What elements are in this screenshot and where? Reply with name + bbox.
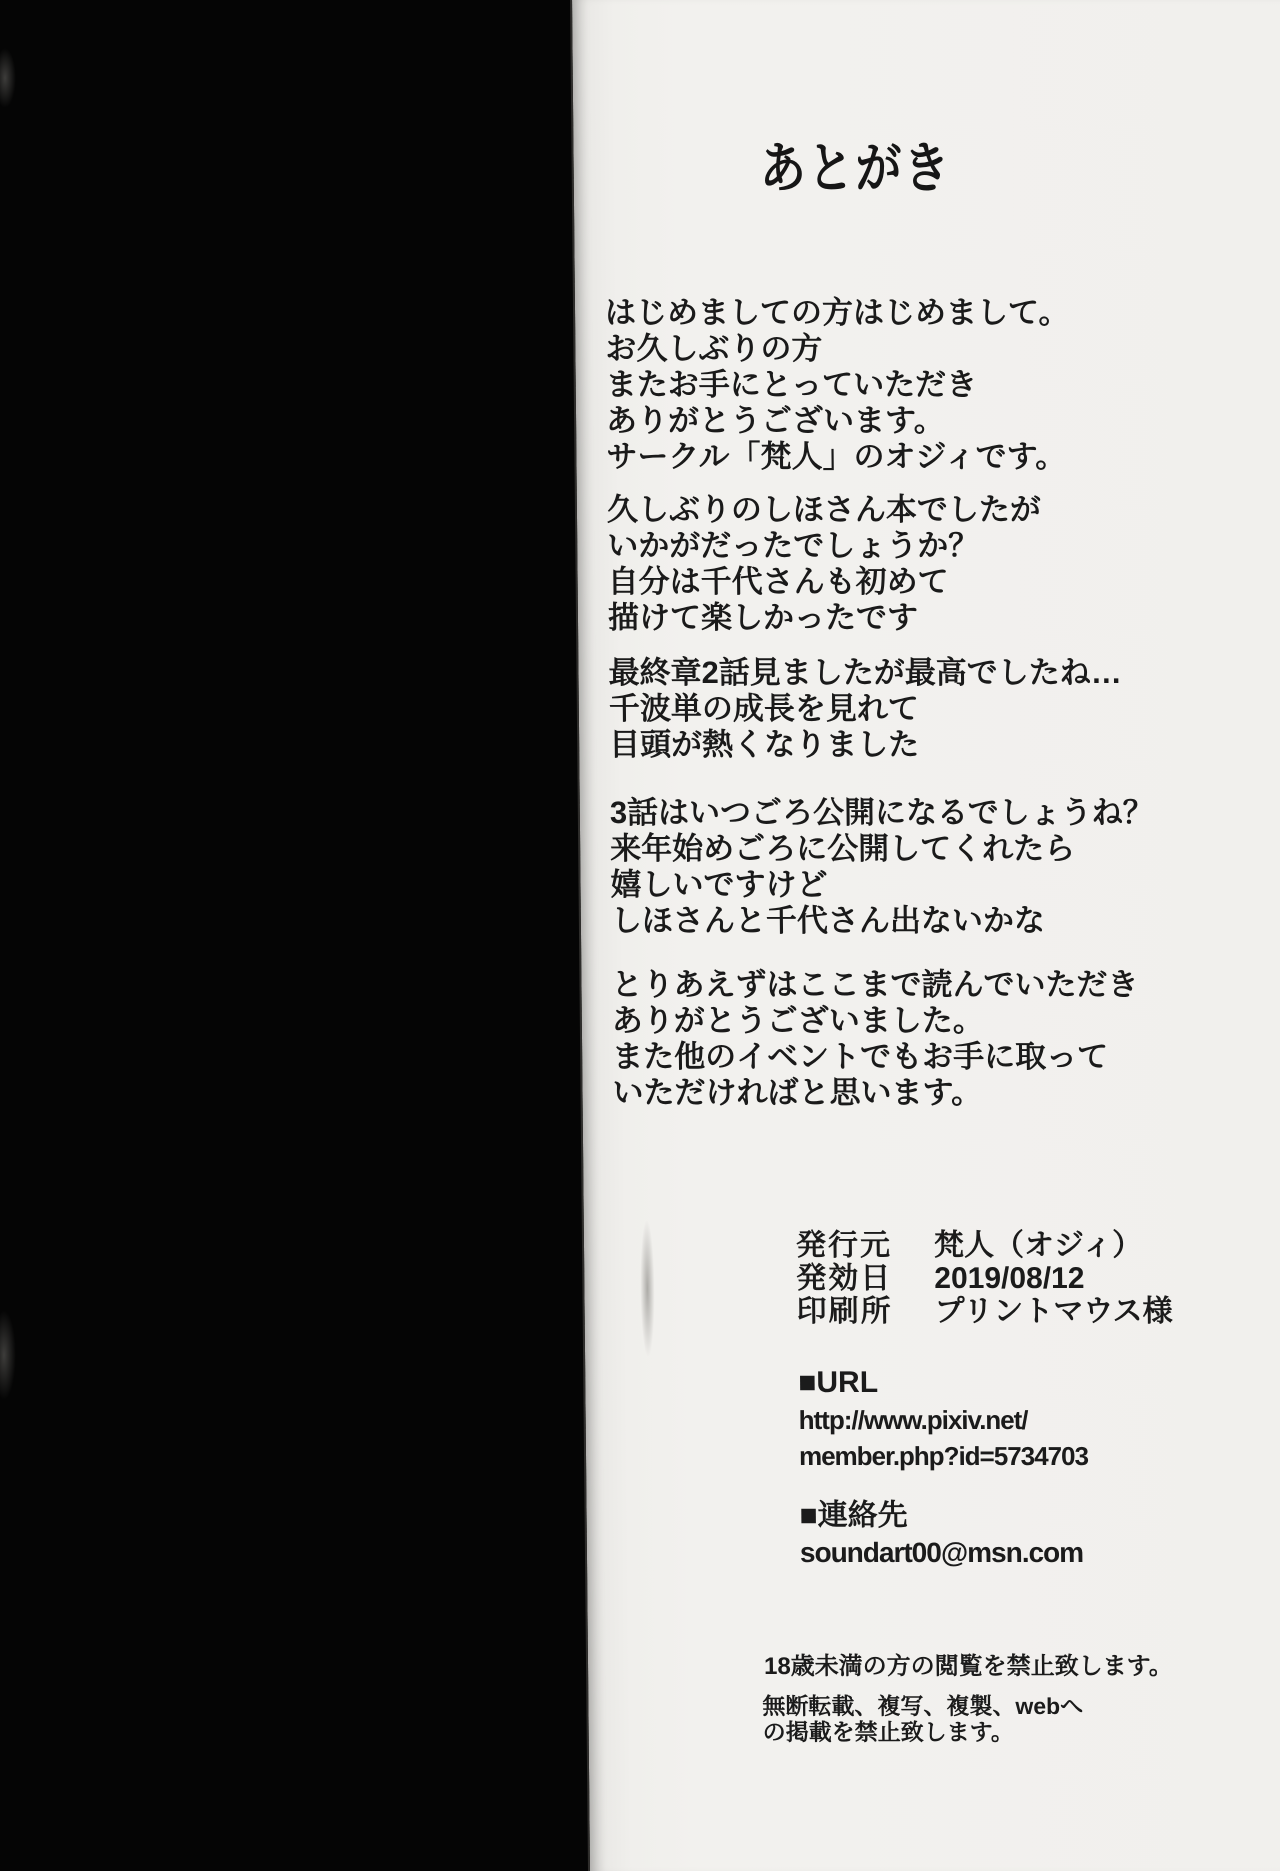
no-reprint-notice: 無断転載、複写、複製、webへ の掲載を禁止致します。 [762,1693,1083,1745]
colophon-row: 印刷所 プリントマウス様 [796,1295,1172,1328]
text-line: いただければと思います。 [612,1075,1139,1111]
colophon-label: 発行元 [796,1229,934,1262]
scanned-afterword-page: あとがき はじめましての方はじめまして。 お久しぶりの方 またお手にとっていただ… [0,0,1280,1871]
text-line: 久しぶりのしほさん本でしたが [607,492,1041,528]
text-line: はじめましての方はじめまして。 [605,295,1070,331]
text-line: の掲載を禁止致します。 [763,1719,1084,1745]
url-line: member.php?id=5734703 [799,1438,1088,1474]
afterword-paragraph-4: 3話はいつごろ公開になるでしょうね？ 来年始めごろに公開してくれたら 嬉しいです… [610,795,1155,939]
text-line: 3話はいつごろ公開になるでしょうね？ [610,795,1154,831]
age-restriction-notice: 18歳未満の方の閲覧を禁止致します。 [764,1646,1173,1681]
colophon: 発行元 梵人（オジィ） 発効日 2019/08/12 印刷所 プリントマウス様 [796,1229,1173,1328]
colophon-value: 梵人（オジィ） [934,1229,1143,1262]
text-line: 無断転載、複写、複製、webへ [762,1693,1083,1719]
url-line: http://www.pixiv.net/ [798,1402,1087,1438]
colophon-label: 印刷所 [796,1295,934,1328]
scan-streak [0,48,16,108]
text-line: ありがとうございました。 [612,1003,1139,1039]
text-line: 最終章2話見ましたが最高でしたね… [608,655,1122,691]
colophon-row: 発行元 梵人（オジィ） [796,1229,1172,1262]
colophon-row: 発効日 2019/08/12 [796,1262,1172,1295]
text-line: 目頭が熱くなりました [609,727,1123,763]
text-line: とりあえずはここまで読んでいただき [611,967,1138,1003]
url-heading: ■URL [798,1364,1087,1402]
colophon-value: プリントマウス様 [934,1295,1172,1328]
afterword-paragraph-3: 最終章2話見ましたが最高でしたね… 千波単の成長を見れて 目頭が熱くなりました [608,655,1122,763]
text-line: お久しぶりの方 [605,331,1070,367]
text-line: また他のイベントでもお手に取って [612,1039,1139,1075]
text-line: 自分は千代さんも初めて [607,564,1041,600]
text-line: 千波単の成長を見れて [609,691,1123,727]
page-title: あとがき [759,124,951,203]
text-line: しほさんと千代さん出ないかな [611,903,1155,939]
text-line: またお手にとっていただき [606,367,1071,403]
text-line: ありがとうございます。 [606,403,1071,439]
text-line: いかがだったでしょうか？ [607,528,1041,564]
text-line: サークル「梵人」のオジィです。 [606,439,1071,475]
contact-heading: ■連絡先 [799,1497,1083,1535]
scan-smudge [640,1221,655,1356]
scan-streak [0,1310,16,1400]
afterword-paragraph-2: 久しぶりのしほさん本でしたが いかがだったでしょうか？ 自分は千代さんも初めて … [607,492,1042,636]
colophon-label: 発効日 [796,1262,934,1295]
text-line: 嬉しいですけど [610,867,1154,903]
text-line: 描けて楽しかったです [608,600,1042,636]
text-line: 来年始めごろに公開してくれたら [610,831,1154,867]
contact-section: ■連絡先 soundart00@msn.com [799,1497,1083,1571]
contact-email: soundart00@msn.com [800,1535,1084,1571]
url-section: ■URL http://www.pixiv.net/ member.php?id… [798,1364,1088,1474]
colophon-value: 2019/08/12 [934,1262,1084,1295]
afterword-paragraph-5: とりあえずはここまで読んでいただき ありがとうございました。 また他のイベントで… [611,967,1139,1111]
paper-page: あとがき はじめましての方はじめまして。 お久しぶりの方 またお手にとっていただ… [570,0,1280,1871]
afterword-paragraph-1: はじめましての方はじめまして。 お久しぶりの方 またお手にとっていただき ありが… [605,295,1071,475]
